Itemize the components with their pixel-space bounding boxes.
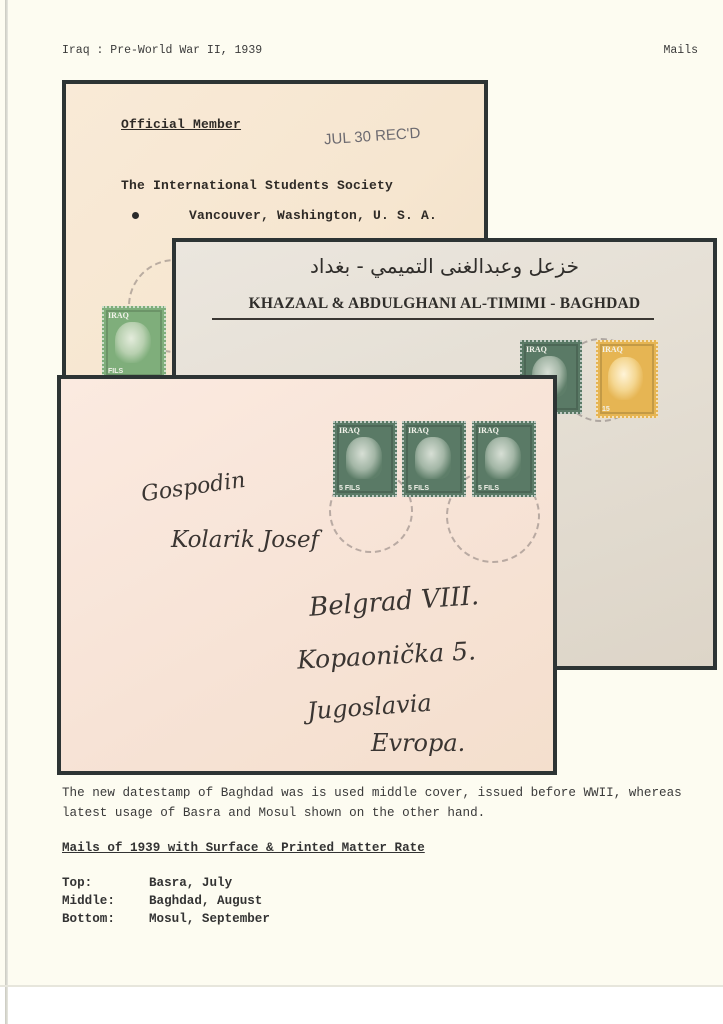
- legend-row: Middle:Baghdad, August: [62, 892, 270, 910]
- portrait-icon: [415, 437, 451, 479]
- description: The new datestamp of Baghdad was is used…: [62, 783, 702, 823]
- address-line-1: Gospodin: [140, 468, 247, 507]
- page-title: Iraq : Pre-World War II, 1939: [62, 44, 262, 57]
- cover-bottom: IRAQ 5 FILS IRAQ 5 FILS IRAQ 5 FILS Gosp…: [57, 375, 557, 775]
- cover-top-line1: Official Member: [121, 117, 241, 132]
- cover-top-city: Vancouver, Washington, U. S. A.: [189, 208, 437, 223]
- stamp-bottom-1: IRAQ 5 FILS: [333, 421, 397, 497]
- cover-legend: Top:Basra, July Middle:Baghdad, August B…: [62, 874, 270, 928]
- stamp-bottom-2: IRAQ 5 FILS: [402, 421, 466, 497]
- portrait-icon: [346, 437, 382, 479]
- section-title: Mails of 1939 with Surface & Printed Mat…: [62, 841, 425, 855]
- received-stamp: JUL 30 REC'D: [324, 125, 421, 149]
- portrait-icon: [115, 322, 151, 363]
- cover-top-addressee: The International Students Society: [121, 178, 393, 193]
- stamp-middle-2: IRAQ 15: [596, 340, 658, 418]
- address-line-5: Jugoslavia: [306, 689, 432, 726]
- portrait-icon: [608, 357, 643, 400]
- page-edge: [5, 0, 8, 1024]
- address-line-3: Belgrad VIII.: [308, 581, 480, 623]
- address-line-6: Evropa.: [371, 729, 465, 757]
- firm-name: KHAZAAL & ABDULGHANI AL-TIMIMI - BAGHDAD: [176, 295, 713, 313]
- legend-row: Top:Basra, July: [62, 874, 270, 892]
- ink-dot: [132, 212, 139, 219]
- portrait-icon: [485, 437, 521, 479]
- arabic-heading: خزعل وعبدالغنى التميمي - بغداد: [176, 254, 713, 278]
- address-line-2: Kolarik Josef: [171, 527, 319, 553]
- stamp-bottom-3: IRAQ 5 FILS: [472, 421, 536, 497]
- stamp-top-cover: IRAQ FILS: [102, 306, 166, 380]
- address-line-4: Kopaonička 5.: [296, 636, 476, 674]
- page-category: Mails: [663, 44, 698, 57]
- divider: [212, 318, 654, 320]
- legend-row: Bottom:Mosul, September: [62, 910, 270, 928]
- page-bottom-edge: [0, 985, 723, 987]
